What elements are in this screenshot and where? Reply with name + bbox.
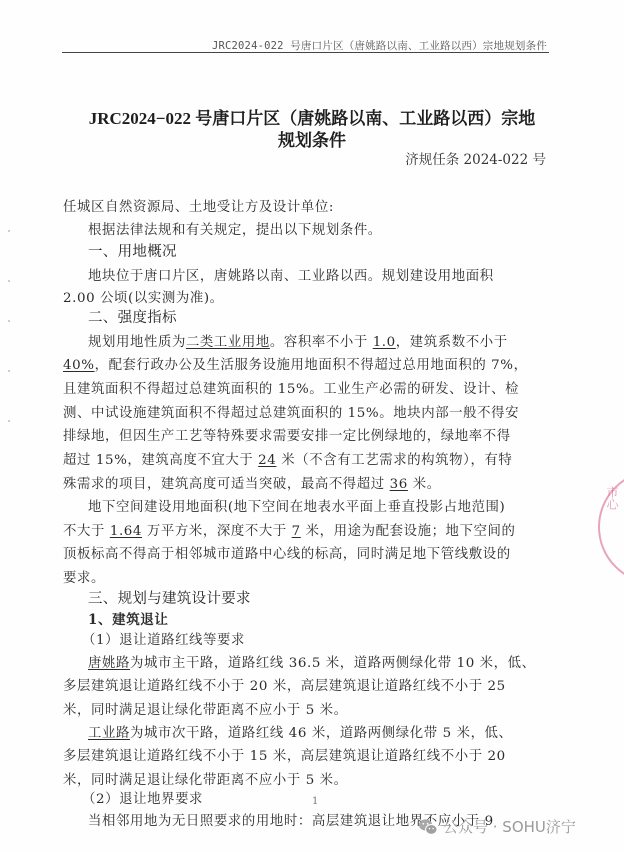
watermark: 公众号 · SOHU济宁: [418, 816, 576, 837]
section-3-line: 工业路为城市次干路，道路红线 46 米，道路两侧绿化带 5 米，低、: [88, 722, 513, 741]
text: 规划用地性质为: [88, 335, 186, 350]
document-page: JRC2024-022 号唐口片区（唐姚路以南、工业路以西）宗地规划条件 JRC…: [0, 0, 624, 852]
item-heading: （1）退让道路红线等要求: [82, 629, 245, 648]
section-1-line: 地块位于唐口片区，唐姚路以南、工业路以西。规划建设用地面积: [88, 265, 494, 284]
scan-edge-marks: [8, 230, 12, 530]
land-use-type: 二类工业用地: [186, 335, 270, 350]
road-name: 工业路: [88, 726, 130, 741]
floor-area-ratio: 1.0: [373, 335, 396, 350]
road-name: 唐姚路: [88, 656, 130, 671]
document-number: 济规任条 2024-022 号: [405, 148, 546, 168]
text: 不大于: [63, 524, 110, 539]
text: 米，用途为配套设施；地下空间的: [301, 524, 516, 539]
text: 万平方米，深度不大于: [142, 524, 292, 539]
text: ，建筑系数不小于: [396, 335, 508, 350]
text: 超过 15%，建筑高度不宜大于: [63, 453, 258, 468]
section-2-line: 且建筑面积不得超过总建筑面积的 15%。工业生产必需的研发、设计、检: [63, 378, 519, 397]
max-height: 36: [390, 477, 408, 492]
section-2-line: 超过 15%，建筑高度不宜大于 24 米（不含有工艺需求的构筑物），有特: [63, 449, 512, 468]
text: ，配套行政办公及生活服务设施用地面积不得超过总用地面积的 7%，: [95, 358, 528, 373]
text: 为城市次干路，道路红线 46 米，道路两侧绿化带 5 米，低、: [130, 726, 513, 741]
section-1-heading: 一、用地概况: [88, 240, 177, 261]
underground-area: 1.64: [110, 524, 142, 539]
section-3-line: 米，同时满足退让绿化带距离不应小于 5 米。: [63, 769, 348, 788]
section-3-line: 多层建筑退让道路红线不小于 20 米，高层建筑退让道路红线不小于 25: [63, 675, 506, 694]
section-2-line: 规划用地性质为二类工业用地。容积率不小于 1.0，建筑系数不小于: [88, 331, 508, 350]
section-3-line: 米，同时满足退让绿化带距离不应小于 5 米。: [63, 699, 348, 718]
section-3-line: 多层建筑退让道路红线不小于 15 米，高层建筑退让道路红线不小于 20: [63, 745, 506, 764]
text: 为城市主干路，道路红线 36.5 米，道路两侧绿化带 10 米，低、: [130, 656, 536, 671]
section-2-line: 顶板标高不得高于相邻城市道路中心线的标高，同时满足地下管线敷设的: [63, 543, 511, 562]
text: 米。: [408, 477, 441, 492]
header-rule: [62, 52, 549, 53]
section-2-line: 要求。: [63, 567, 105, 586]
text: 。容积率不小于: [270, 335, 373, 350]
intro-paragraph: 根据法律法规和有关规定，提出以下规划条件。: [88, 219, 382, 238]
subsection-heading: 1、建筑退让: [88, 608, 169, 628]
section-3-line: 唐姚路为城市主干路，道路红线 36.5 米，道路两侧绿化带 10 米，低、: [88, 652, 536, 671]
wechat-icon: [418, 818, 438, 836]
section-2-line: 殊需求的项目，建筑高度可适当突破，最高不得超过 36 米。: [63, 473, 441, 492]
watermark-text: 公众号 · SOHU济宁: [443, 816, 576, 837]
section-2-heading: 二、强度指标: [88, 306, 177, 327]
section-1-line: 2.00 公顷(以实测为准)。: [63, 287, 224, 306]
section-2-line: 地下空间建设用地面积(地下空间在地表水平面上垂直投影占地范围): [88, 496, 505, 515]
item-heading: （2）退让地界要求: [82, 788, 203, 807]
official-seal-text: 市心: [604, 486, 621, 510]
height-limit: 24: [258, 453, 276, 468]
text: 米（不含有工艺需求的构筑物），有特: [276, 453, 512, 468]
underground-depth: 7: [292, 524, 301, 539]
section-2-line: 测、中试设施建筑面积不得超过总建筑面积的 15%。地块内部一般不得安: [63, 402, 519, 421]
building-coverage: 40%: [63, 358, 95, 373]
text: 殊需求的项目，建筑高度可适当突破，最高不得超过: [63, 477, 390, 492]
page-number: 1: [312, 796, 318, 807]
section-3-heading: 三、规划与建筑设计要求: [88, 587, 251, 608]
section-2-line: 40%，配套行政办公及生活服务设施用地面积不得超过总用地面积的 7%，: [63, 354, 528, 373]
section-2-line: 不大于 1.64 万平方米，深度不大于 7 米，用途为配套设施；地下空间的: [63, 520, 516, 539]
section-2-line: 排绿地，但因生产工艺等特殊要求需要安排一定比例绿地的，绿地率不得: [63, 425, 511, 444]
running-header: JRC2024-022 号唐口片区（唐姚路以南、工业路以西）宗地规划条件: [212, 38, 547, 53]
addressee: 任城区自然资源局、土地受让方及设计单位:: [63, 196, 334, 215]
